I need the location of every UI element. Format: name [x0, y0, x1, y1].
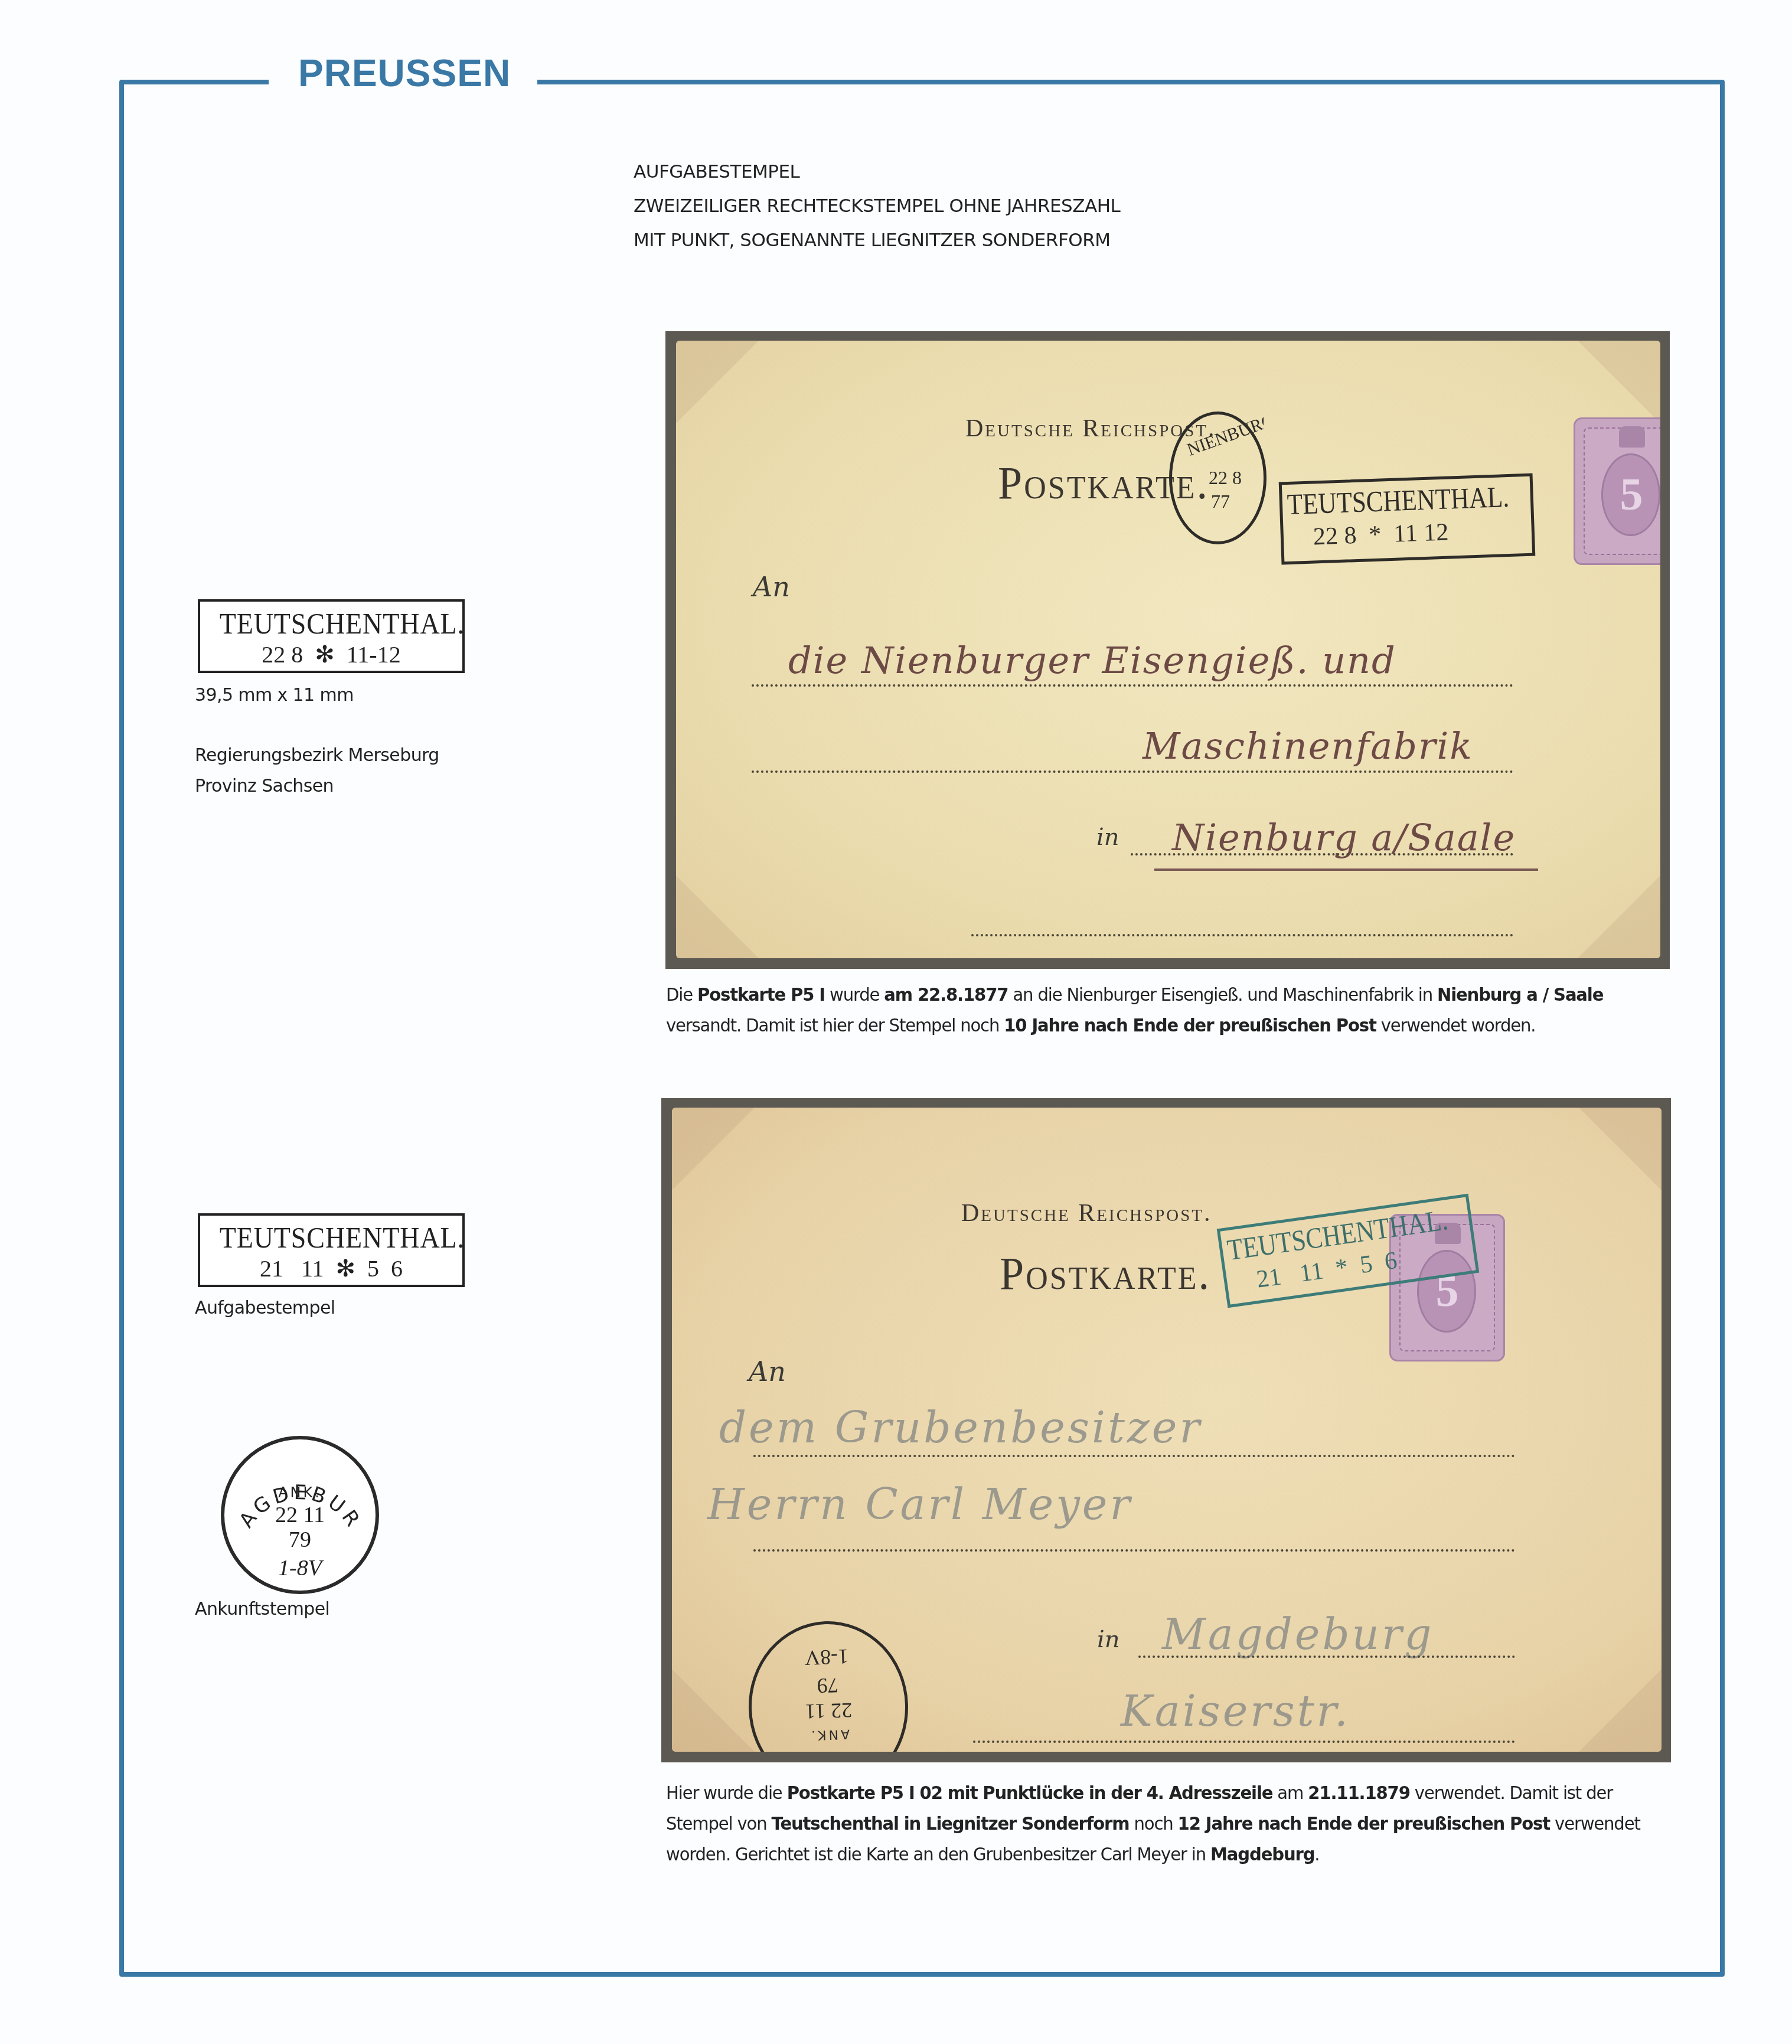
caption-emphasis: 12 Jahre nach Ende der preußischen Post [1178, 1814, 1550, 1834]
address-line-4 [971, 934, 1513, 936]
stamp-illustration-1: TEUTSCHENTHAL. 22 8 ✻ 11-12 [198, 599, 465, 673]
address-line-1 [753, 1455, 1515, 1457]
caption-text: . [1314, 1844, 1319, 1865]
caption-emphasis: Teutschenthal in Liegnitzer Sonderform [772, 1814, 1130, 1834]
caption-emphasis: 10 Jahre nach Ende der preußischen Post [1004, 1016, 1376, 1036]
caption-text: Die [666, 985, 697, 1005]
svg-text:ANK.: ANK. [278, 1484, 322, 1501]
address-line-3 [1138, 1656, 1515, 1658]
heading-line-3: MIT PUNKT, SOGENANNTE LIEGNITZER SONDERF… [634, 223, 1120, 257]
card-title: Postkarte. [1000, 1248, 1211, 1301]
svg-text:MAGDEBURG: MAGDEBURG [752, 1748, 908, 1752]
indicium-value: 5 [1575, 468, 1660, 521]
region-line-1: Regierungsbezirk Merseburg [195, 745, 439, 766]
caption-text: wurde [825, 985, 884, 1005]
address-line-4 [973, 1741, 1515, 1743]
page-title: PREUSSEN [298, 54, 511, 92]
handwritten-address-line-1: die Nienburger Eisengieß. und [788, 639, 1396, 682]
stamp-date: 22 8 ✻ 11-12 [200, 641, 462, 668]
svg-text:22 11: 22 11 [805, 1699, 853, 1724]
card-header: Deutsche Reichspost. [961, 1199, 1212, 1227]
teutschenthal-cancel: TEUTSCHENTHAL. 22 8 * 11 12 [1279, 474, 1536, 565]
card-1-caption: Die Postkarte P5 I wurde am 22.8.1877 an… [666, 980, 1651, 1041]
svg-text:77: 77 [1211, 491, 1230, 512]
stamp-town: TEUTSCHENTHAL. [220, 606, 446, 641]
arrival-cancel-illustration: MAGDEBURG ANK. 22 11 79 1-8V [221, 1436, 379, 1594]
magdeburg-arrival-cancel: MAGDEBURG ANK. 22 11 79 1-8V [746, 1618, 911, 1752]
stamp-size: 39,5 mm x 11 mm [195, 685, 354, 706]
stamp-date: 21 11 ✻ 5 6 [200, 1255, 462, 1282]
round-cancel-icon: MAGDEBURG ANK. 22 11 79 1-8V [749, 1622, 908, 1752]
address-line-2 [753, 1549, 1515, 1552]
svg-text:22 8: 22 8 [1209, 467, 1242, 488]
crown-icon [1619, 426, 1645, 448]
svg-text:79: 79 [289, 1527, 311, 1552]
caption-text: versandt. Damit ist hier der Stempel noc… [666, 1016, 1004, 1036]
handwritten-address-line-1: dem Grubenbesitzer [719, 1403, 1202, 1452]
stamp-label: Aufgabestempel [195, 1298, 335, 1318]
caption-text: verwendet worden. [1376, 1016, 1536, 1036]
address-line-2 [752, 770, 1513, 773]
postcard-2-face: Deutsche Reichspost. Postkarte. 5 TEUTSC… [672, 1108, 1662, 1752]
caption-emphasis: am 22.8.1877 [884, 985, 1008, 1005]
nienburg-round-cancel: NIENBURG 22 8 77 [1169, 412, 1267, 544]
photo-corner [676, 341, 759, 423]
card-2-caption: Hier wurde die Postkarte P5 I 02 mit Pun… [666, 1778, 1651, 1870]
address-an-label: An [749, 1356, 786, 1387]
photo-corner [1578, 341, 1660, 423]
stamp-indicium: 5 [1574, 417, 1660, 565]
address-line-3 [1131, 853, 1513, 856]
photo-corner [1579, 1108, 1662, 1190]
handwritten-address-line-2: Herrn Carl Meyer [707, 1480, 1132, 1529]
caption-text: Hier wurde die [666, 1783, 787, 1804]
postcard-1-face: Deutsche Reichspost. Postkarte. 5 NIENBU… [676, 341, 1660, 958]
section-heading: AUFGABESTEMPEL ZWEIZEILIGER RECHTECKSTEM… [634, 155, 1120, 257]
heading-line-1: AUFGABESTEMPEL [634, 155, 1120, 189]
underline [1154, 868, 1538, 871]
stamp-town: TEUTSCHENTHAL. [220, 1220, 446, 1255]
caption-emphasis: Nienburg a / Saale [1437, 985, 1603, 1005]
svg-text:NIENBURG: NIENBURG [1184, 414, 1264, 460]
address-in-label: in [1097, 1626, 1120, 1653]
photo-corner [1579, 1669, 1662, 1752]
postcard-2: Deutsche Reichspost. Postkarte. 5 TEUTSC… [661, 1098, 1671, 1762]
handwritten-address-line-3: Magdeburg [1162, 1609, 1434, 1659]
caption-text: am [1272, 1783, 1308, 1804]
heading-line-2: ZWEIZEILIGER RECHTECKSTEMPEL OHNE JAHRES… [634, 189, 1120, 223]
stamp-illustration-2: TEUTSCHENTHAL. 21 11 ✻ 5 6 [198, 1213, 465, 1287]
caption-emphasis: 21.11.1879 [1308, 1783, 1409, 1804]
address-an-label: An [753, 571, 790, 603]
region-line-2: Provinz Sachsen [195, 776, 334, 796]
address-in-label: in [1096, 824, 1119, 851]
postcard-1: Deutsche Reichspost. Postkarte. 5 NIENBU… [665, 331, 1670, 969]
handwritten-address-line-4: Kaiserstr. [1121, 1686, 1350, 1736]
handwritten-address-line-2: Maschinenfabrik [1143, 724, 1473, 768]
svg-text:1-8V: 1-8V [804, 1645, 848, 1670]
photo-corner [672, 1669, 755, 1752]
svg-text:1-8V: 1-8V [278, 1556, 324, 1581]
cancel-date: 22 8 * 11 12 [1313, 518, 1449, 551]
cancel-town: TEUTSCHENTHAL. [1287, 479, 1510, 521]
caption-text: an die Nienburger Eisengieß. und Maschin… [1008, 985, 1437, 1005]
caption-emphasis: Magdeburg [1210, 1844, 1314, 1865]
svg-text:ANK.: ANK. [809, 1726, 850, 1742]
caption-text: noch [1129, 1814, 1177, 1834]
svg-text:22 11: 22 11 [275, 1503, 325, 1527]
round-cancel-icon: NIENBURG 22 8 77 [1172, 414, 1264, 541]
photo-corner [1578, 876, 1660, 958]
caption-emphasis: Postkarte P5 I [697, 985, 825, 1005]
round-cancel-icon: MAGDEBURG ANK. 22 11 79 1-8V [221, 1436, 379, 1594]
arrival-label: Ankunftstempel [195, 1599, 329, 1619]
photo-corner [676, 876, 759, 958]
address-line-1 [752, 684, 1513, 687]
caption-emphasis: Postkarte P5 I 02 mit Punktlücke in der … [787, 1783, 1273, 1804]
photo-corner [672, 1108, 755, 1190]
svg-text:79: 79 [817, 1673, 838, 1697]
